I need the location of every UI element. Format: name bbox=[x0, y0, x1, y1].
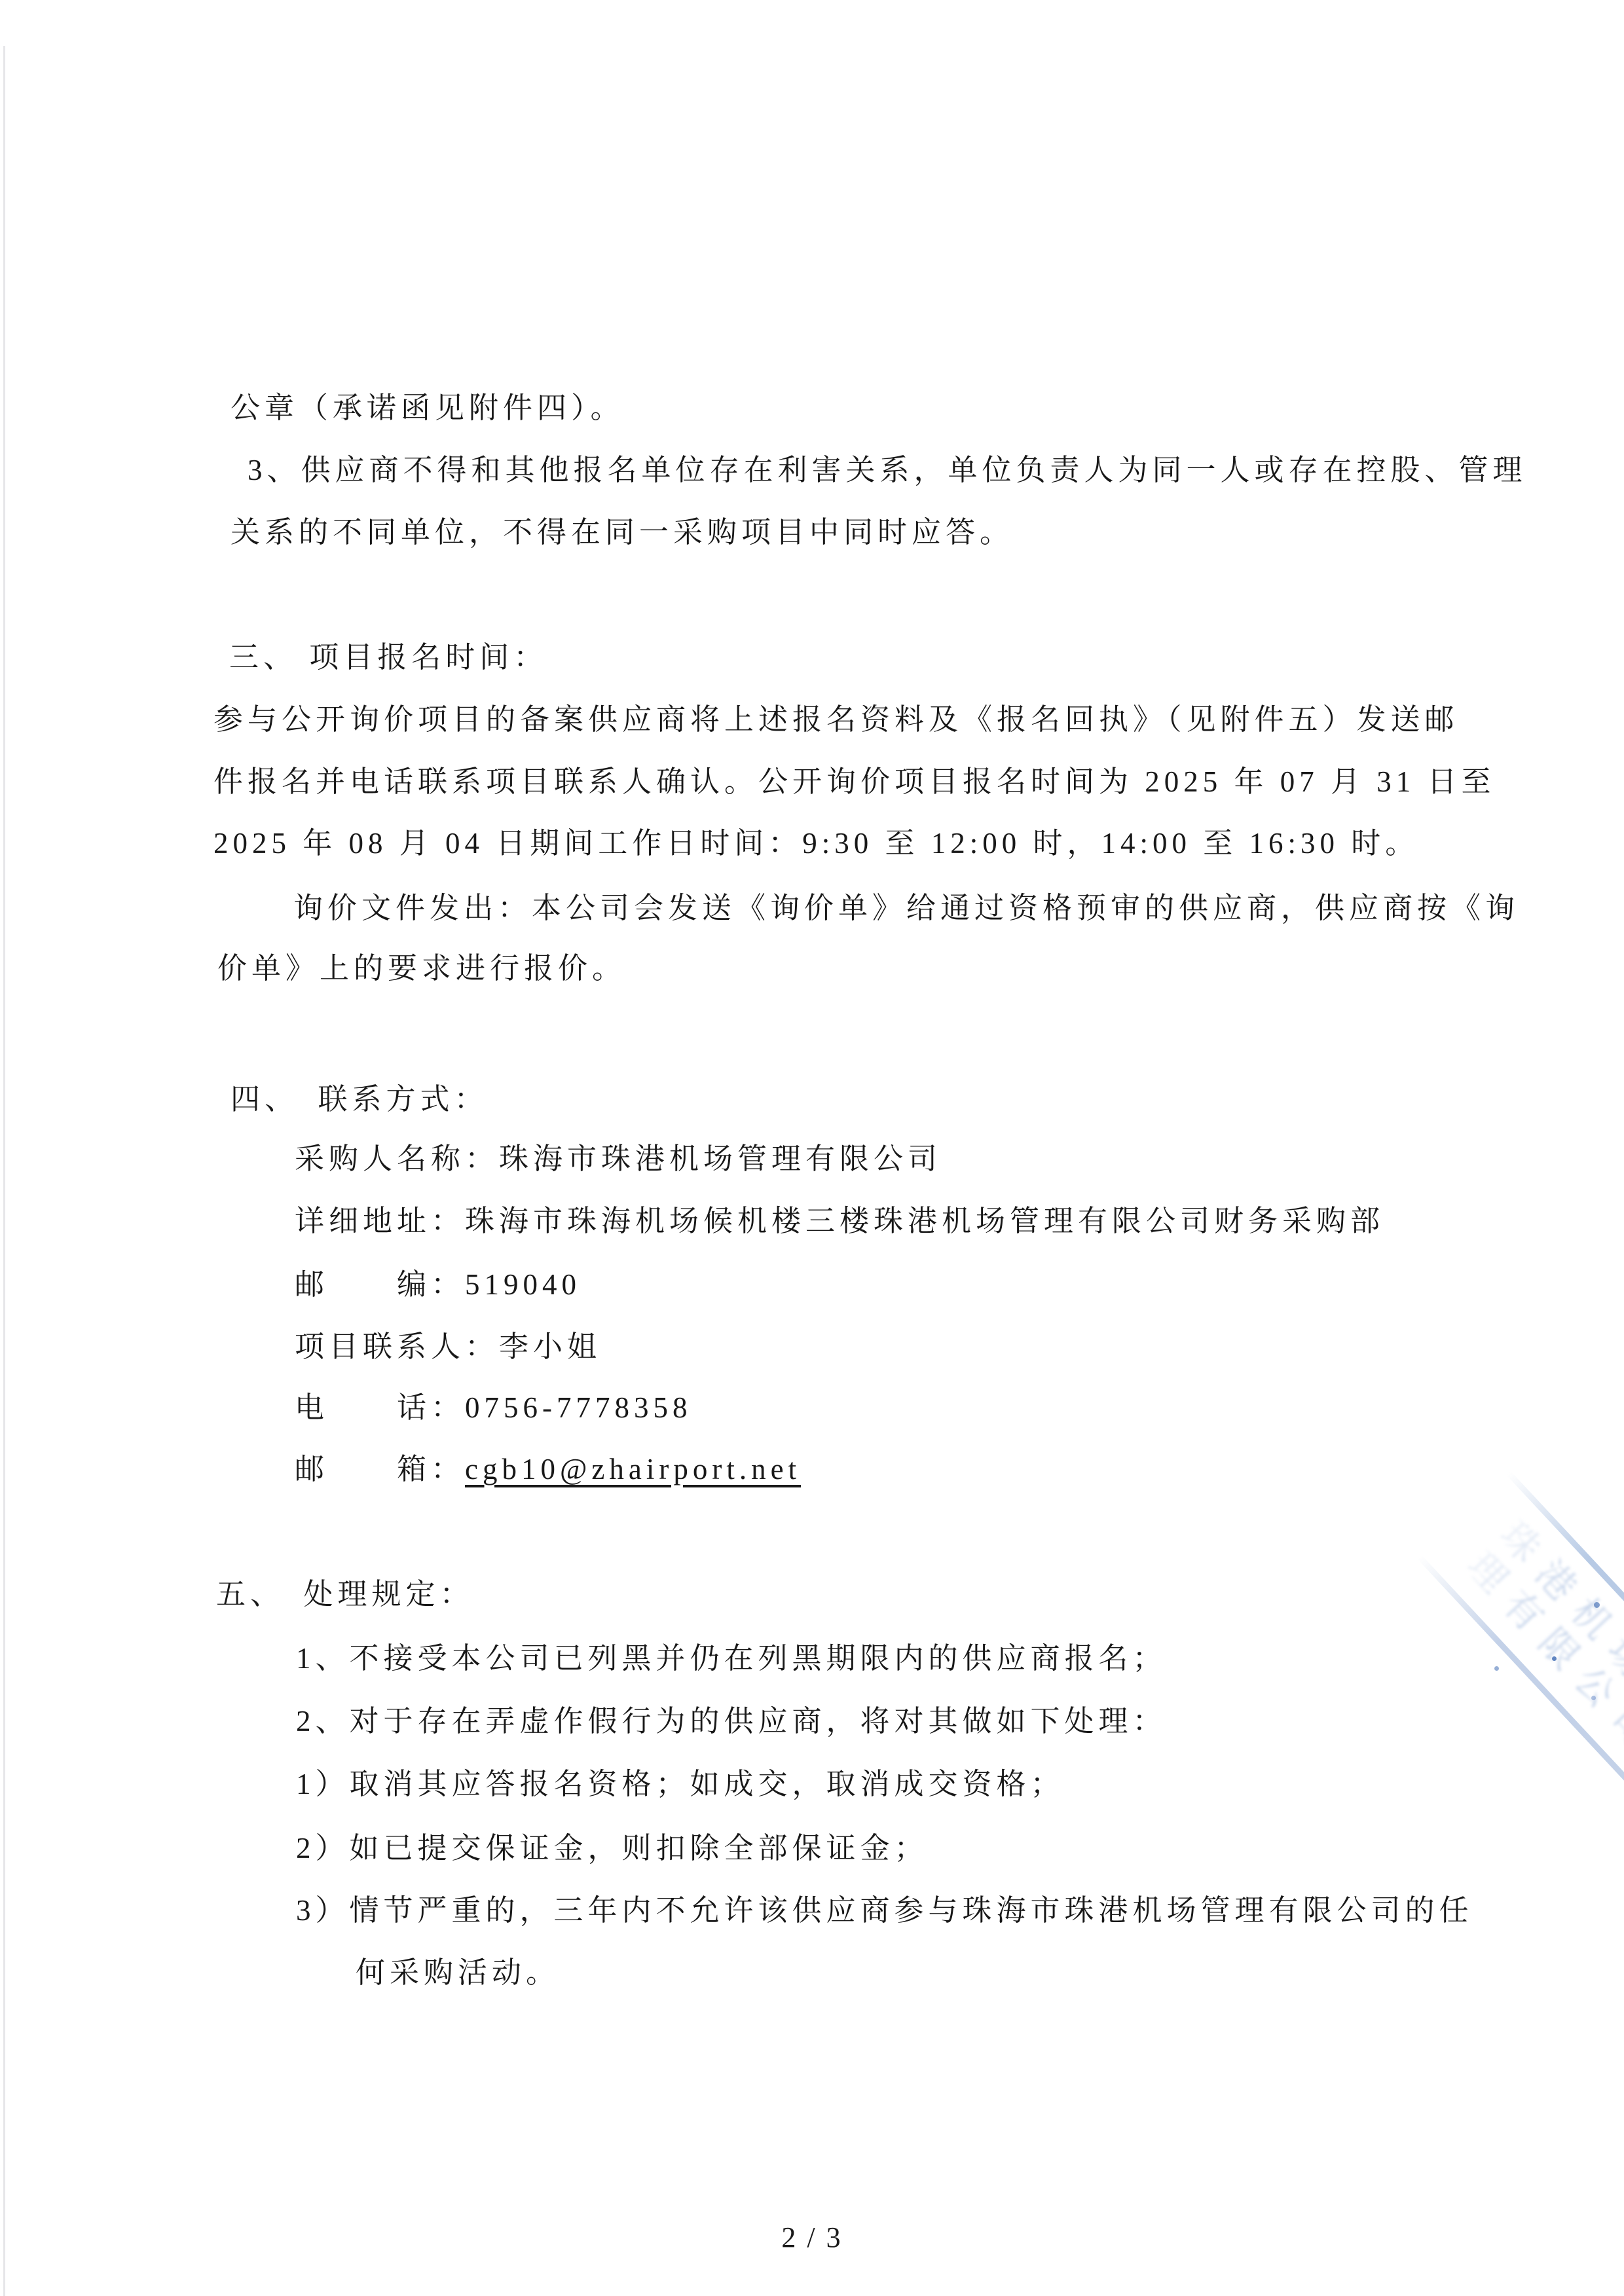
seal-clause-line: 公章（承诺函见附件四）。 bbox=[231, 390, 625, 426]
registration-para-line-2: 件报名并电话联系项目联系人确认。公开询价项目报名时间为 2025 年 07 月 … bbox=[213, 764, 1496, 799]
email-link[interactable]: cgb10@zhairport.net bbox=[465, 1453, 801, 1485]
contact-person-line: 项目联系人：李小姐 bbox=[295, 1329, 601, 1364]
stamp-ink-speckles bbox=[1552, 1656, 1557, 1661]
inquiry-doc-line-1: 询价文件发出：本公司会发送《询价单》给通过资格预审的供应商，供应商按《询 bbox=[293, 890, 1519, 926]
postcode-line: 邮 编：519040 bbox=[295, 1267, 581, 1302]
section-heading-registration-time: 三、 项目报名时间： bbox=[229, 640, 547, 675]
company-stamp-partial: 珠港机场管 理有限公司 bbox=[1417, 1471, 1624, 1783]
section-heading-contact: 四、 联系方式： bbox=[231, 1082, 489, 1117]
inquiry-doc-line-2: 价单》上的要求进行报价。 bbox=[217, 951, 626, 986]
email-label: 邮 箱： bbox=[295, 1453, 465, 1485]
address-line: 详细地址：珠海市珠海机场候机楼三楼珠港机场管理有限公司财务采购部 bbox=[295, 1203, 1384, 1239]
handling-subitem-1: 1）取消其应答报名资格；如成交，取消成交资格； bbox=[296, 1766, 1065, 1802]
document-page: 公章（承诺函见附件四）。 3、供应商不得和其他报名单位存在利害关系，单位负责人为… bbox=[0, 0, 1624, 2296]
handling-item-2: 2、对于存在弄虚作假行为的供应商，将对其做如下处理： bbox=[296, 1704, 1167, 1739]
handling-subitem-2: 2）如已提交保证金，则扣除全部保证金； bbox=[296, 1831, 929, 1866]
registration-para-line-3: 2025 年 08 月 04 日期间工作日时间：9:30 至 12:00 时，1… bbox=[213, 826, 1419, 861]
supplier-conflict-line-1: 3、供应商不得和其他报名单位存在利害关系，单位负责人为同一人或存在控股、管理 bbox=[248, 452, 1527, 488]
section-heading-handling: 五、 处理规定： bbox=[216, 1576, 474, 1612]
handling-subitem-3-line1: 3）情节严重的，三年内不允许该供应商参与珠海市珠港机场管理有限公司的任 bbox=[296, 1893, 1473, 1928]
handling-item-1: 1、不接受本公司已列黑并仍在列黑期限内的供应商报名； bbox=[296, 1641, 1167, 1676]
registration-para-line-1: 参与公开询价项目的备案供应商将上述报名资料及《报名回执》（见附件五）发送邮 bbox=[213, 702, 1459, 737]
scan-edge-artifact bbox=[3, 46, 5, 2296]
page-number: 2 / 3 bbox=[0, 2221, 1624, 2254]
email-line: 邮 箱：cgb10@zhairport.net bbox=[295, 1451, 801, 1487]
purchaser-name-line: 采购人名称：珠海市珠港机场管理有限公司 bbox=[295, 1141, 942, 1176]
supplier-conflict-line-2: 关系的不同单位，不得在同一采购项目中同时应答。 bbox=[231, 515, 1014, 550]
handling-subitem-3-line2: 何采购活动。 bbox=[356, 1955, 560, 1990]
phone-line: 电 话：0756-7778358 bbox=[295, 1390, 692, 1425]
